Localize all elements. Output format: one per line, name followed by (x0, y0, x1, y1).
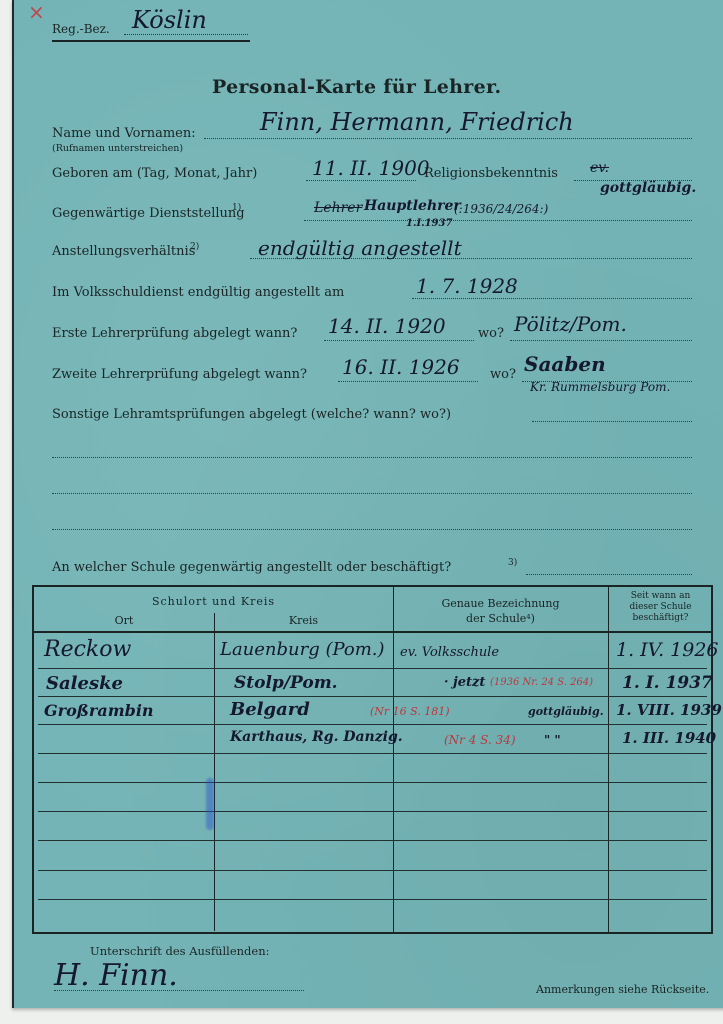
first-exam-label: Erste Lehrerprüfung abgelegt wann? (52, 326, 297, 341)
employment-label: Anstellungsverhältnis (52, 244, 195, 259)
row2-red-note: (1936 Nr. 24 S. 264) (490, 677, 593, 688)
row-rule (38, 811, 707, 812)
header-ort: Ort (34, 614, 214, 627)
row4-bezeichnung[interactable]: " " (544, 733, 561, 747)
reg-bez-dotted-line (124, 34, 248, 35)
birth-dotted-line (306, 180, 416, 181)
religion-struck-value: ev. (590, 160, 609, 176)
other-exams-dotted-line-2[interactable] (52, 457, 692, 458)
row2-seit[interactable]: 1. I. 1937 (622, 673, 713, 693)
first-exam-where-dotted-line (510, 340, 692, 341)
employment-value[interactable]: endgültig angestellt (258, 236, 462, 260)
col-divider-bezeichnung-seit (608, 587, 609, 932)
row1-bezeichnung[interactable]: ev. Volksschule (400, 645, 499, 660)
name-sublabel: (Rufnamen unterstreichen) (52, 143, 183, 154)
name-value[interactable]: Finn, Hermann, Friedrich (260, 108, 574, 136)
row-rule (38, 840, 707, 841)
header-kreis: Kreis (214, 614, 393, 627)
signature-dotted-line (54, 990, 304, 991)
row2-bezeichnung[interactable]: · jetzt (444, 675, 485, 690)
name-dotted-line (204, 138, 692, 139)
card-title: Personal-Karte für Lehrer. (212, 76, 501, 98)
current-school-dotted-line (526, 574, 692, 575)
current-school-label: An welcher Schule gegenwärtig angestellt… (52, 560, 451, 575)
row-rule (38, 870, 707, 871)
personnel-card: × Reg.-Bez. Köslin Personal-Karte für Le… (12, 0, 723, 1008)
first-exam-where[interactable]: Pölitz/Pom. (514, 312, 627, 336)
other-exams-dotted-line-4[interactable] (52, 529, 692, 530)
remarks-note: Anmerkungen siehe Rückseite. (536, 983, 709, 996)
row4-seit[interactable]: 1. III. 1940 (622, 729, 716, 747)
volksschuldienst-label: Im Volksschuldienst endgültig angestellt… (52, 285, 344, 300)
second-exam-where-sub: Kr. Rummelsburg Pom. (530, 380, 670, 394)
first-exam-when-dotted-line (324, 340, 474, 341)
first-exam-when[interactable]: 14. II. 1920 (328, 314, 446, 338)
second-exam-label: Zweite Lehrerprüfung abgelegt wann? (52, 367, 307, 382)
ink-smudge (206, 778, 214, 830)
row3-seit[interactable]: 1. VIII. 1939 (616, 701, 722, 719)
other-exams-dotted-line-1 (532, 421, 692, 422)
header-bezeichnung-line2: der Schule⁴) (393, 612, 608, 625)
row3-kreis[interactable]: Belgard (230, 699, 310, 720)
reg-bez-label: Reg.-Bez. (52, 22, 110, 36)
header-bezeichnung-line1: Genaue Bezeichnung (393, 597, 608, 610)
birth-value[interactable]: 11. II. 1900 (312, 156, 430, 180)
header-seit-line1: Seit wann an (608, 591, 713, 602)
name-label: Name und Vornamen: (52, 126, 196, 141)
position-date-note: 1.I.1937 (406, 218, 452, 229)
header-seit-line3: beschäftigt? (608, 613, 713, 624)
header-seit-line2: dieser Schule (608, 602, 713, 613)
second-exam-when-dotted-line (338, 381, 478, 382)
second-exam-where-label: wo? (490, 367, 516, 382)
row-rule (38, 724, 707, 725)
row1-kreis[interactable]: Lauenburg (Pom.) (220, 639, 385, 660)
row-rule (38, 696, 707, 697)
position-label: Gegenwärtige Dienststellung (52, 206, 245, 221)
other-exams-dotted-line-3[interactable] (52, 493, 692, 494)
corner-cross-mark: × (28, 0, 45, 24)
current-school-footnote-ref: 3) (508, 558, 517, 568)
reg-bez-underline (52, 40, 250, 42)
row4-red-note: (Nr 4 S. 34) (444, 733, 516, 747)
signature-value[interactable]: H. Finn. (54, 958, 178, 993)
row1-ort[interactable]: Reckow (44, 637, 131, 662)
row-rule (38, 753, 707, 754)
second-exam-where[interactable]: Saaben (524, 352, 606, 376)
religion-label: Religionsbekenntnis (424, 166, 558, 181)
header-schulort-kreis: Schulort und Kreis (34, 595, 393, 608)
volksschuldienst-value[interactable]: 1. 7. 1928 (416, 274, 518, 298)
signature-label: Unterschrift des Ausfüllenden: (90, 944, 270, 958)
row1-seit[interactable]: 1. IV. 1926 (616, 639, 719, 661)
row-rule (38, 782, 707, 783)
row-rule (38, 899, 707, 900)
col-divider-kreis-bezeichnung (393, 587, 394, 932)
position-note: (:1936/24/264:) (454, 202, 548, 216)
second-exam-when[interactable]: 16. II. 1926 (342, 355, 460, 379)
row3-red-note: (Nr 16 S. 181) (370, 705, 450, 718)
row-rule (38, 668, 707, 669)
volksschuldienst-dotted-line (412, 298, 692, 299)
other-exams-label: Sonstige Lehramtsprüfungen abgelegt (wel… (52, 407, 451, 422)
religion-value[interactable]: gottgläubig. (600, 180, 696, 196)
position-value[interactable]: Hauptlehrer (364, 198, 461, 214)
row3-ort[interactable]: Großrambin (44, 701, 154, 720)
header-bottom-rule (34, 631, 711, 633)
row3-bezeichnung[interactable]: gottgläubig. (528, 705, 604, 718)
position-footnote-ref: 1) (232, 203, 241, 213)
school-history-table: Schulort und Kreis Ort Kreis Genaue Beze… (32, 585, 713, 934)
row2-ort[interactable]: Saleske (46, 673, 123, 694)
first-exam-where-label: wo? (478, 326, 504, 341)
reg-bez-value[interactable]: Köslin (132, 6, 207, 34)
employment-footnote-ref: 2) (190, 242, 199, 252)
col-divider-ort-kreis (214, 613, 215, 931)
row2-kreis[interactable]: Stolp/Pom. (234, 673, 338, 693)
birth-label: Geboren am (Tag, Monat, Jahr) (52, 166, 257, 181)
row4-kreis[interactable]: Karthaus, Rg. Danzig. (230, 729, 403, 745)
position-struck-value: Lehrer (314, 200, 362, 216)
position-dotted-line (304, 220, 692, 221)
